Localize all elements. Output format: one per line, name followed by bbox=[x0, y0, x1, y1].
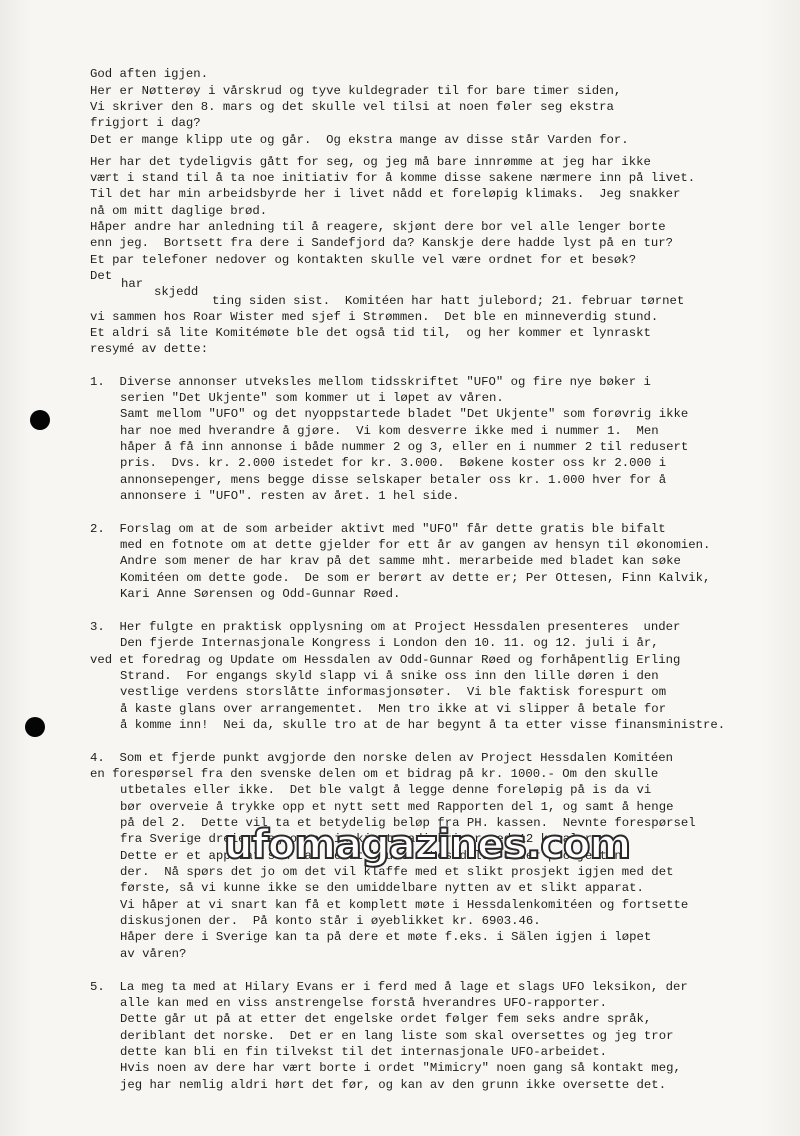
text-line: Den fjerde Internasjonale Kongress i Lon… bbox=[120, 635, 659, 651]
text-line: enn jeg. Bortsett fra dere i Sandefjord … bbox=[90, 235, 673, 251]
text-line: ved et foredrag og Update om Hessdalen a… bbox=[90, 652, 680, 668]
text-line: deriblant det norske. Det er en lang lis… bbox=[120, 1028, 673, 1044]
text-line: 4. Som et fjerde punkt avgjorde den nors… bbox=[90, 750, 673, 766]
text-line: jeg har nemlig aldri hørt det før, og ka… bbox=[120, 1077, 666, 1093]
watermark: ufomagazines.com bbox=[224, 822, 630, 868]
text-line: serien "Det Ukjente" som kommer ut i løp… bbox=[120, 390, 504, 406]
text-line: Strand. For engangs skyld slapp vi å sni… bbox=[120, 668, 659, 684]
text-line: annonsere i "UFO". resten av året. 1 hel… bbox=[120, 488, 459, 504]
text-line: Hvis noen av dere har vært borte i ordet… bbox=[120, 1060, 681, 1076]
text-line: 3. Her fulgte en praktisk opplysning om … bbox=[90, 619, 680, 635]
text-line: håper å få inn annonse i både nummer 2 o… bbox=[120, 439, 688, 455]
text-line: 2. Forslag om at de som arbeider aktivt … bbox=[90, 521, 666, 537]
document-page: God aften igjen.Her er Nøtterøy i vårskr… bbox=[0, 0, 800, 1136]
text-line: Her har det tydeligvis gått for seg, og … bbox=[90, 154, 651, 170]
text-line: å kaste glans over arrangementet. Men tr… bbox=[120, 701, 666, 717]
text-line: skjedd bbox=[154, 284, 198, 300]
text-line: 1. Diverse annonser utveksles mellom tid… bbox=[90, 374, 651, 390]
text-line: å komme inn! Nei da, skulle tro at de ha… bbox=[120, 717, 725, 733]
text-line: Det er mange klipp ute og går. Og ekstra… bbox=[90, 132, 629, 148]
text-line: pris. Dvs. kr. 2.000 istedet for kr. 3.0… bbox=[120, 455, 666, 471]
text-line: God aften igjen. bbox=[90, 66, 208, 82]
text-line: Håper andre har anledning til å reagere,… bbox=[90, 219, 666, 235]
text-line: nå om mitt daglige brød. bbox=[90, 203, 267, 219]
text-line: Vi håper at vi snart kan få et komplett … bbox=[120, 897, 688, 913]
text-line: med en fotnote om at dette gjelder for e… bbox=[120, 537, 710, 553]
text-line: vi sammen hos Roar Wister med sjef i Str… bbox=[90, 309, 658, 325]
text-line: Samt mellom "UFO" og det nyoppstartede b… bbox=[120, 406, 688, 422]
text-line: dette kan bli en fin tilvekst til det in… bbox=[120, 1044, 607, 1060]
text-line: har bbox=[121, 276, 143, 292]
text-line: Håper dere i Sverige kan ta på dere et m… bbox=[120, 929, 651, 945]
text-line: diskusjonen der. På konto står i øyeblik… bbox=[120, 913, 541, 929]
text-line: resymé av dette: bbox=[90, 341, 208, 357]
text-line: 5. La meg ta med at Hilary Evans er i fe… bbox=[90, 979, 688, 995]
text-line: bør overveie å trykke opp et nytt sett m… bbox=[120, 799, 673, 815]
text-line: Dette går ut på at etter det engelske or… bbox=[120, 1011, 651, 1027]
text-line: ting siden sist. Komitéen har hatt juleb… bbox=[212, 293, 684, 309]
text-line: Et par telefoner nedover og kontakten sk… bbox=[90, 252, 636, 268]
punch-hole bbox=[30, 410, 50, 430]
text-line: utbetales eller ikke. Det ble valgt å le… bbox=[120, 782, 651, 798]
text-line: Komitéen om dette gode. De som er berørt… bbox=[120, 570, 710, 586]
text-line: Kari Anne Sørensen og Odd-Gunnar Røed. bbox=[120, 586, 400, 602]
text-line: vestlige verdens storslåtte informasjons… bbox=[120, 684, 666, 700]
text-line: vært i stand til å ta noe initiativ for … bbox=[90, 170, 695, 186]
text-line: Det bbox=[90, 268, 112, 284]
punch-hole bbox=[25, 717, 45, 737]
text-line: Andre som mener de har krav på det samme… bbox=[120, 553, 681, 569]
text-line: av våren? bbox=[120, 946, 186, 962]
text-line: alle kan med en viss anstrengelse forstå… bbox=[120, 995, 607, 1011]
text-line: første, så vi kunne ikke se den umiddelb… bbox=[120, 880, 644, 896]
text-line: Her er Nøtterøy i vårskrud og tyve kulde… bbox=[90, 83, 621, 99]
text-line: har noe med hverandre å gjøre. Vi kom de… bbox=[120, 423, 659, 439]
text-line: en forespørsel fra den svenske delen om … bbox=[90, 766, 658, 782]
text-line: frigjort i dag? bbox=[90, 115, 201, 131]
text-line: annonsepenger, mens begge disse selskape… bbox=[120, 472, 666, 488]
text-line: Et aldri så lite Komitémøte ble det også… bbox=[90, 325, 651, 341]
text-line: Til det har min arbeidsbyrde her i livet… bbox=[90, 186, 680, 202]
text-line: Vi skriver den 8. mars og det skulle vel… bbox=[90, 99, 614, 115]
